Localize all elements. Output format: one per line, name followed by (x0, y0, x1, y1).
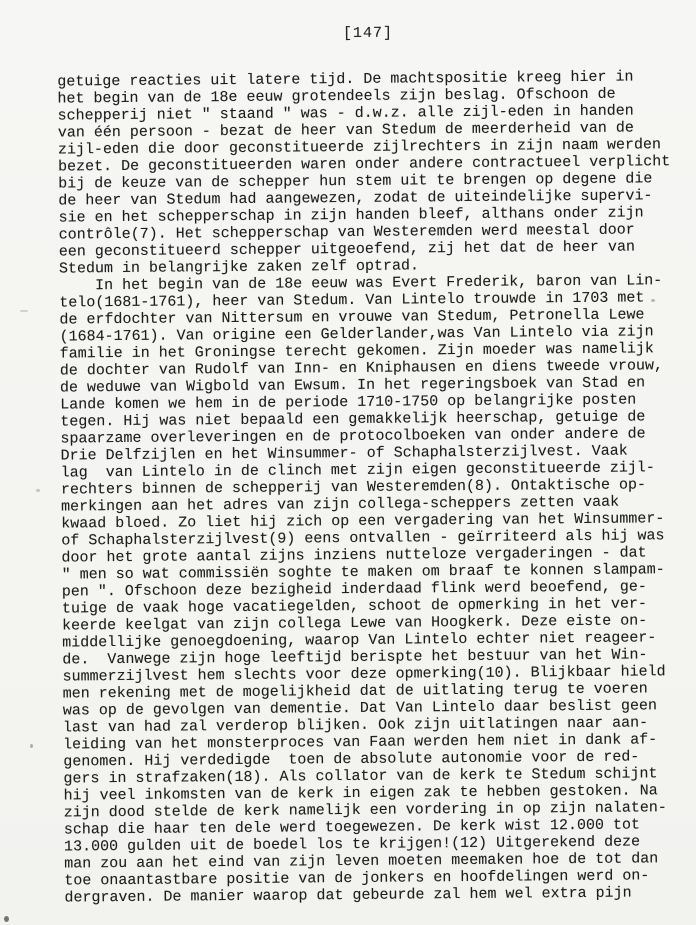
scan-content: [147] getuige reacties uit latere tijd. … (0, 0, 696, 925)
scan-speck (20, 310, 28, 312)
scan-speck (30, 744, 33, 748)
scanned-book-page: [147] getuige reacties uit latere tijd. … (0, 0, 696, 925)
scan-speck (4, 916, 9, 922)
page-number: [147] (343, 25, 393, 42)
scan-speck (36, 489, 40, 492)
scan-speck (651, 299, 655, 302)
body-text: getuige reacties uit latere tijd. De mac… (57, 68, 689, 906)
